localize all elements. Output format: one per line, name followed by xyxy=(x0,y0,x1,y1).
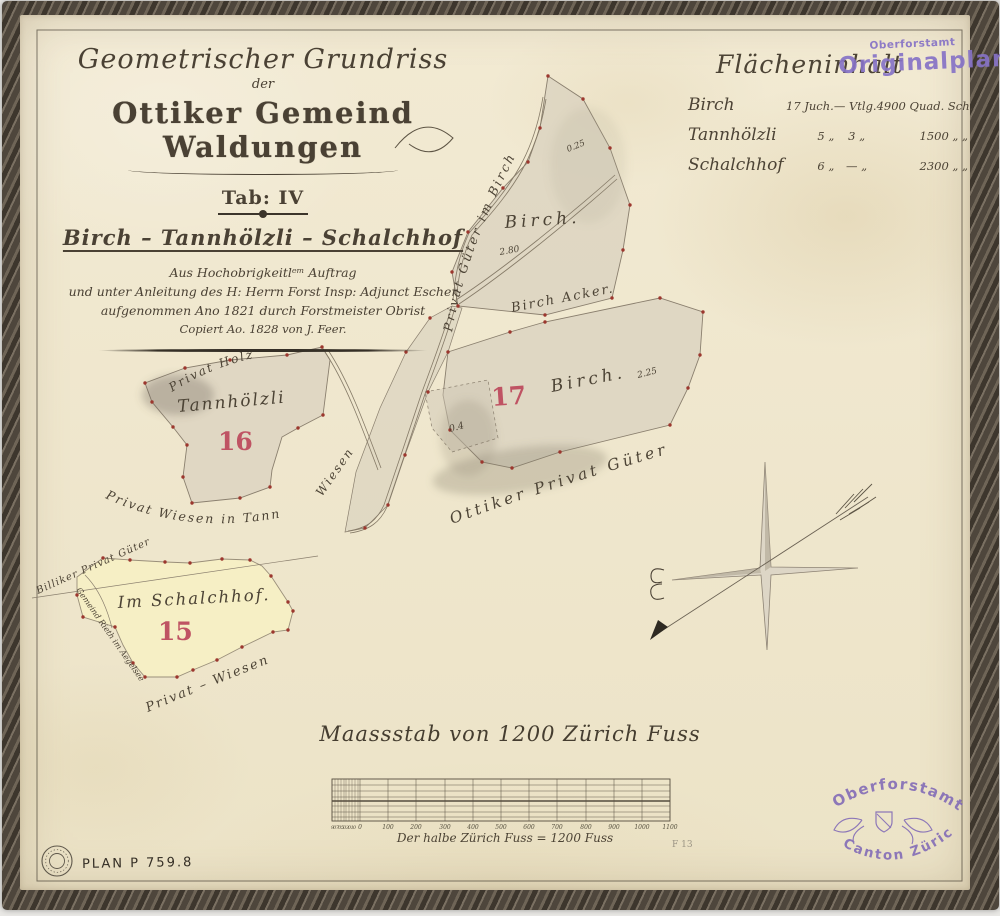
map-title-line1: Geometrischer Grundriss xyxy=(58,44,468,75)
area-vierling: — „ xyxy=(834,159,879,173)
parcel-number-16: 16 xyxy=(218,427,253,456)
originalplan-stamp: Oberforstamt Originalplan xyxy=(837,35,989,80)
pencil-note: F 13 xyxy=(672,840,693,850)
svg-text:800: 800 xyxy=(580,824,592,831)
scale-subdivisions xyxy=(335,779,358,821)
title-flourish xyxy=(128,165,399,175)
svg-text:600: 600 xyxy=(523,824,535,831)
compass-arrowhead xyxy=(650,620,668,640)
svg-text:100: 100 xyxy=(382,824,394,831)
label-wiesen: Wiesen xyxy=(313,445,357,499)
svg-text:900: 900 xyxy=(608,824,620,831)
area-juchart: 17 Juch. xyxy=(786,99,834,113)
commission-line-3: aufgenommen Ano 1821 durch Forstmeister … xyxy=(58,301,468,320)
area-row-tannhoelzli: Tannhölzli . . . . . . 5 „ 3 „ 1500 „ „ xyxy=(688,125,968,145)
area-vierling: 3 „ xyxy=(834,129,879,143)
map-overlay: Privat Güter im Birch Birch. 2.80 0.25 B… xyxy=(0,0,1000,916)
scale-tick-labels: 90 70 50 30 10 0 100 200 300 400 500 600… xyxy=(331,824,678,831)
svg-text:0: 0 xyxy=(358,824,362,831)
area-row-birch: Birch . . . . . . . . 17 Juch. — Vtlg. 4… xyxy=(688,95,968,115)
parcel-tannhoelzli xyxy=(145,347,330,503)
svg-text:500: 500 xyxy=(495,824,507,831)
tab-number: Tab: IV xyxy=(58,187,468,209)
title-ornament-divider xyxy=(218,213,308,215)
title-block: Geometrischer Grundriss der Ottiker Geme… xyxy=(58,44,468,352)
area-name: Tannhölzli xyxy=(688,125,786,145)
map-title-line2: der xyxy=(58,77,468,92)
area-vierling: — Vtlg. xyxy=(834,99,877,113)
commission-line-2: und unter Anleitung des H: Herrn Forst I… xyxy=(58,282,468,301)
scale-bar: 90 70 50 30 10 0 100 200 300 400 500 600… xyxy=(331,779,678,831)
area-quadrat: 2300 „ „ xyxy=(879,159,968,173)
area-quadrat: 4900 Quad. Sch. xyxy=(877,99,973,113)
stamp-arc-top: Oberforstamt xyxy=(829,775,967,815)
title-tapered-divider xyxy=(98,349,428,352)
area-name: Birch xyxy=(688,95,786,115)
commission-line-1: Aus Hochobrigkeitlᵉᵐ Auftrag xyxy=(58,263,468,282)
parcel-names-subtitle: Birch – Tannhölzli – Schalchhof xyxy=(63,225,463,251)
parcel-number-15: 15 xyxy=(158,617,193,646)
archive-round-stamp xyxy=(42,846,72,876)
svg-text:700: 700 xyxy=(551,824,563,831)
svg-text:1100: 1100 xyxy=(662,824,677,831)
compass-feathers xyxy=(836,484,876,520)
svg-text:200: 200 xyxy=(409,824,422,831)
svg-text:1000: 1000 xyxy=(634,824,649,831)
map-title-line3: Ottiker Gemeind Waldungen xyxy=(58,96,468,164)
scale-divisions xyxy=(360,779,642,821)
area-name: Schalchhof xyxy=(688,155,786,175)
area-juchart: 6 „ xyxy=(786,159,834,173)
compass-rose xyxy=(650,462,876,650)
compass-scroll-ornament xyxy=(651,569,664,599)
area-row-schalchhof: Schalchhof . . . . . 6 „ — „ 2300 „ „ xyxy=(688,155,968,175)
scale-title: Maassstab von 1200 Zürich Fuss xyxy=(305,722,715,746)
area-quadrat: 1500 „ „ xyxy=(879,129,968,143)
parcel-number-17: 17 xyxy=(490,381,527,412)
svg-text:300: 300 xyxy=(439,824,451,831)
svg-text:400: 400 xyxy=(466,824,479,831)
area-juchart: 5 „ xyxy=(786,129,834,143)
commission-line-4: Copiert Ao. 1828 von J. Feer. xyxy=(58,320,468,339)
archive-plan-number: PLAN P 759.8 xyxy=(82,855,194,872)
scale-subtitle: Der halbe Zürich Fuss = 1200 Fuss xyxy=(330,831,680,845)
